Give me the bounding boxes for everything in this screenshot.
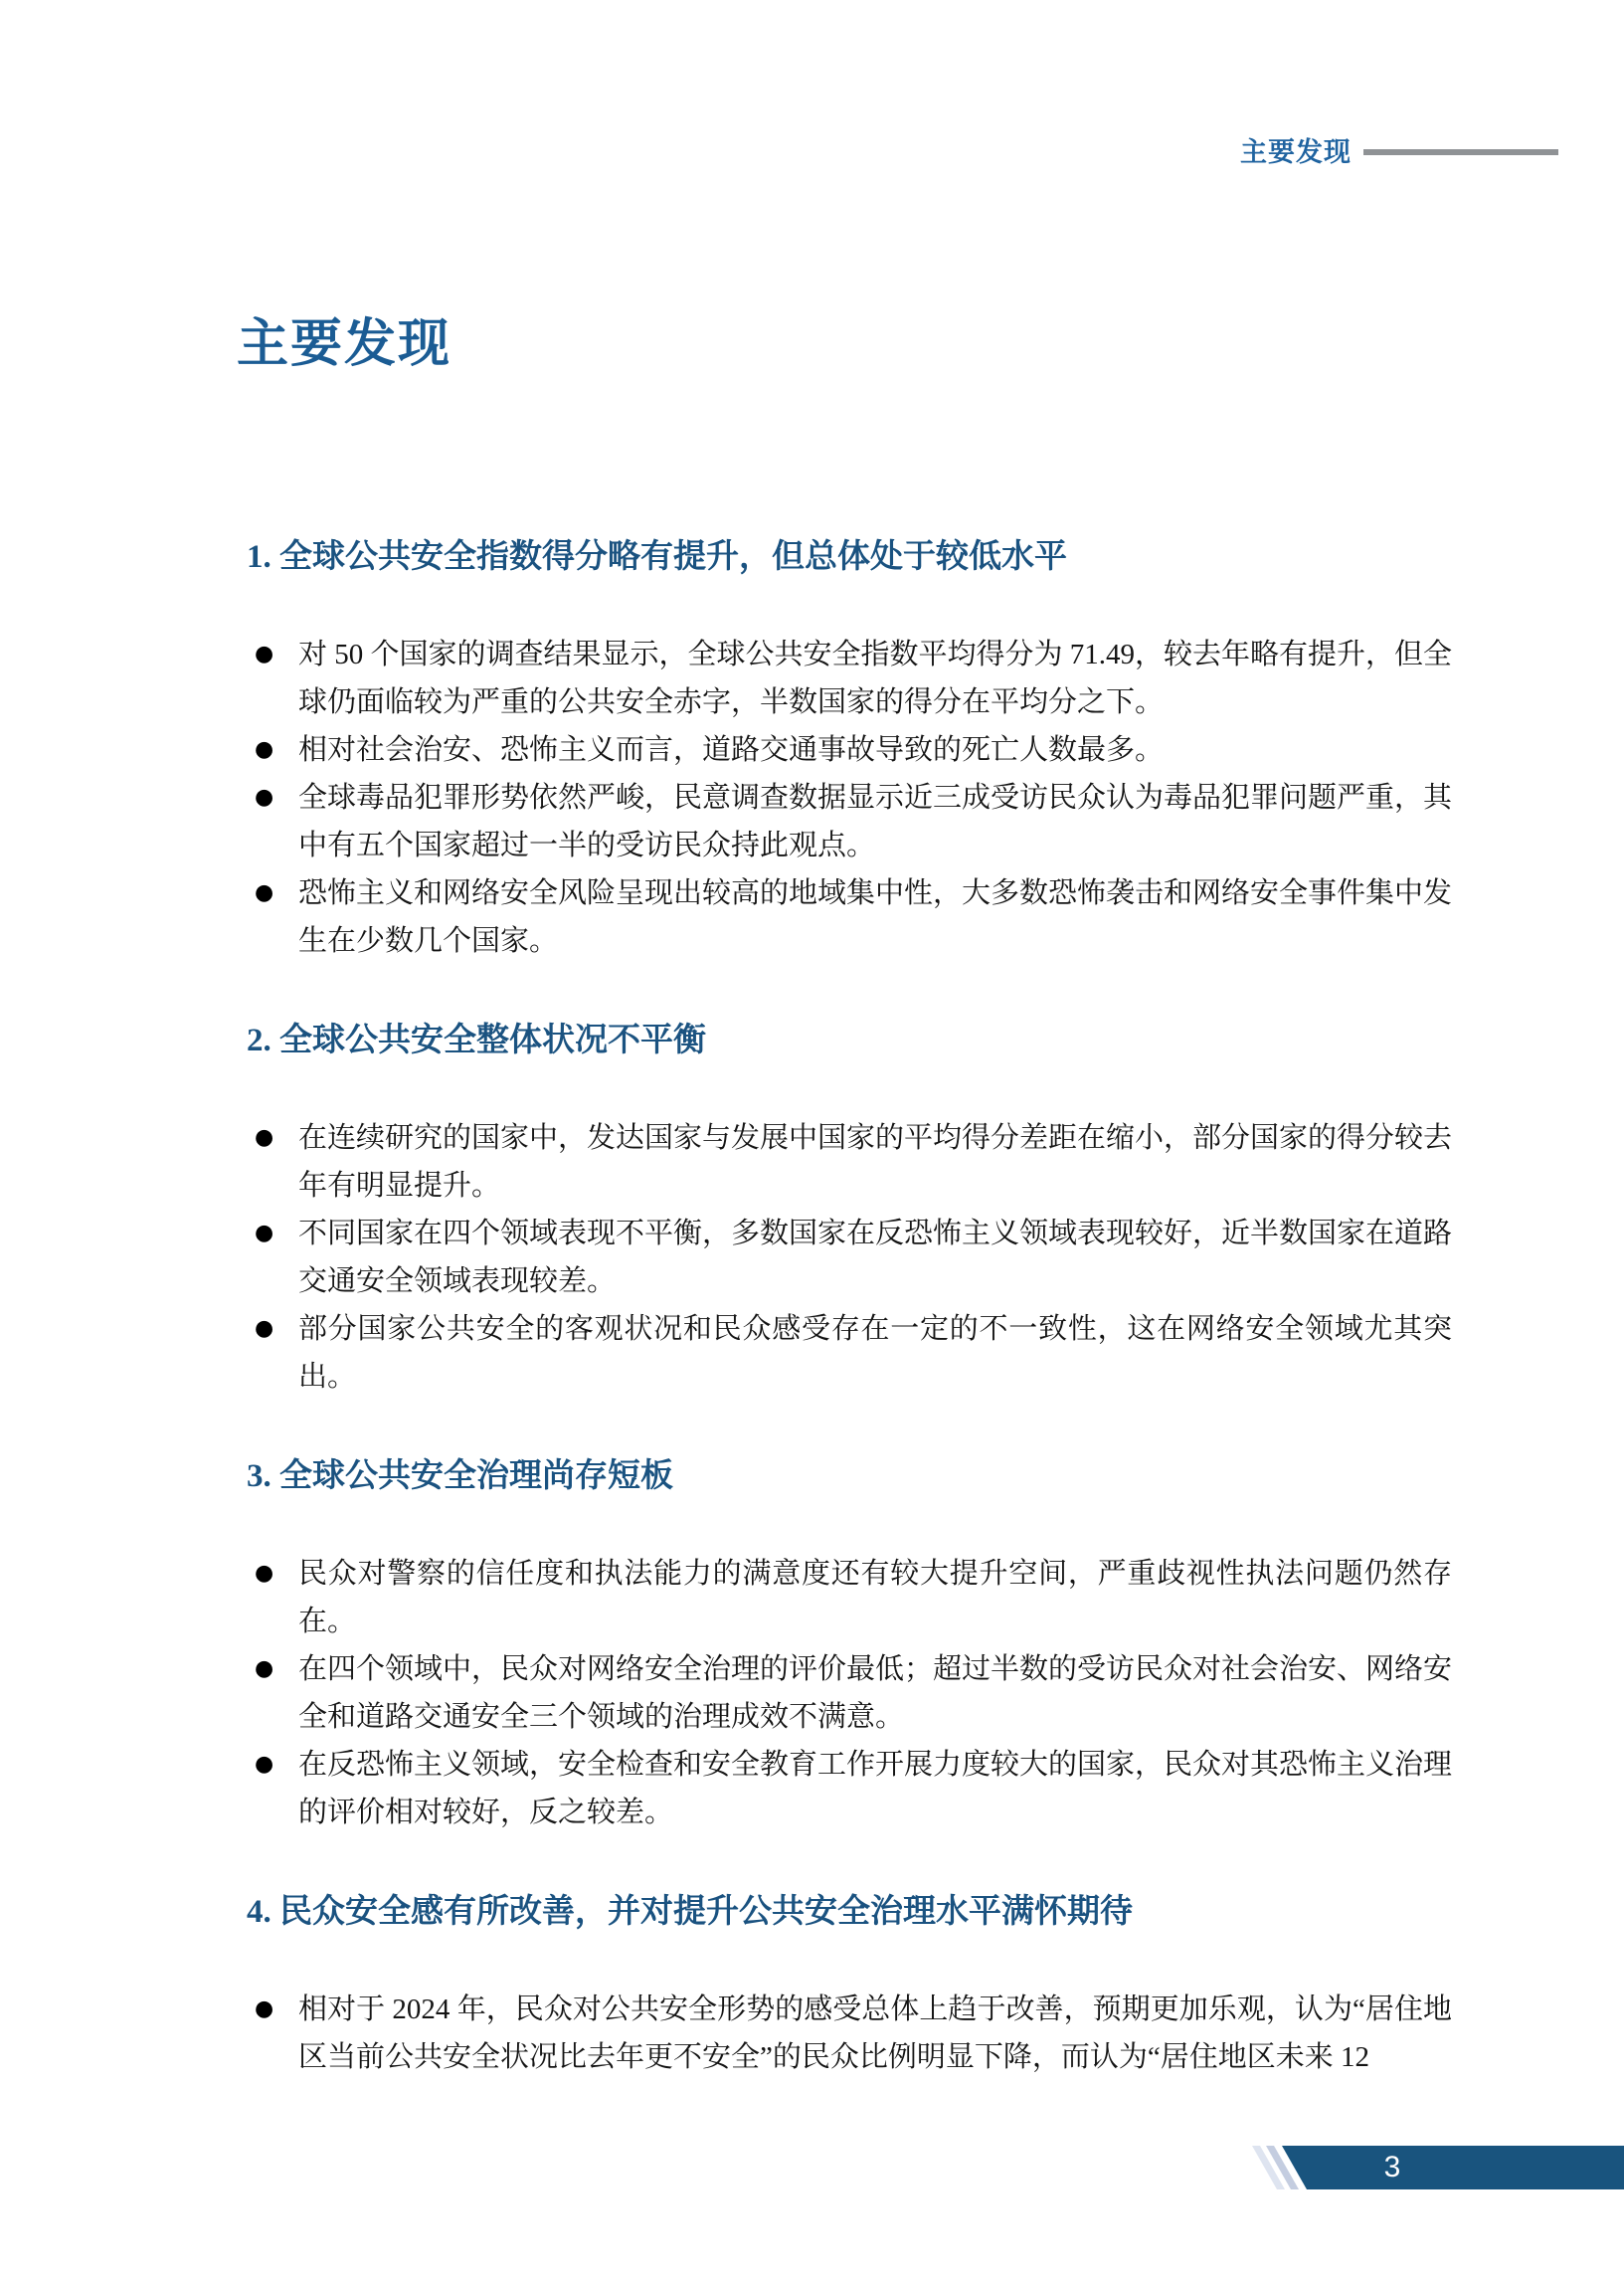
page-number: 3 xyxy=(1377,2146,1407,2189)
bullet-text: 全球毒品犯罪形势依然严峻，民意调查数据显示近三成受访民众认为毒品犯罪问题严重，其… xyxy=(298,782,1452,861)
page-title: 主要发现 xyxy=(237,314,1452,374)
bullet-icon: ● xyxy=(255,1114,273,1162)
bullet-item: ●恐怖主义和网络安全风险呈现出较高的地域集中性，大多数恐怖袭击和网络安全事件集中… xyxy=(247,869,1452,965)
section-2-bullet-list: ●在连续研究的国家中，发达国家与发展中国家的平均得分差距在缩小，部分国家的得分较… xyxy=(247,1114,1452,1401)
bullet-icon: ● xyxy=(255,726,273,774)
bullet-text: 在四个领域中，民众对网络安全治理的评价最低；超过半数的受访民众对社会治安、网络安… xyxy=(298,1653,1452,1733)
sections-container: 1. 全球公共安全指数得分略有提升，但总体处于较低水平●对 50 个国家的调查结… xyxy=(247,535,1452,2081)
bullet-text: 对 50 个国家的调查结果显示，全球公共安全指数平均得分为 71.49，较去年略… xyxy=(298,639,1452,718)
bullet-text: 相对社会治安、恐怖主义而言，道路交通事故导致的死亡人数最多。 xyxy=(298,734,1164,766)
bullet-icon: ● xyxy=(255,1210,273,1257)
bullet-item: ●相对于 2024 年，民众对公共安全形势的感受总体上趋于改善，预期更加乐观，认… xyxy=(247,1986,1452,2081)
bullet-text: 民众对警察的信任度和执法能力的满意度还有较大提升空间，严重歧视性执法问题仍然存在… xyxy=(298,1558,1452,1637)
bullet-icon: ● xyxy=(255,869,273,917)
bullet-item: ●不同国家在四个领域表现不平衡，多数国家在反恐怖主义领域表现较好，近半数国家在道… xyxy=(247,1210,1452,1305)
bullet-text: 在连续研究的国家中，发达国家与发展中国家的平均得分差距在缩小，部分国家的得分较去… xyxy=(298,1122,1452,1202)
bullet-item: ●全球毒品犯罪形势依然严峻，民意调查数据显示近三成受访民众认为毒品犯罪问题严重，… xyxy=(247,774,1452,869)
bullet-item: ●部分国家公共安全的客观状况和民众感受存在一定的不一致性，这在网络安全领域尤其突… xyxy=(247,1305,1452,1401)
content-column: 主要发现 1. 全球公共安全指数得分略有提升，但总体处于较低水平●对 50 个国… xyxy=(247,0,1452,2081)
bullet-item: ●相对社会治安、恐怖主义而言，道路交通事故导致的死亡人数最多。 xyxy=(247,726,1452,774)
section-heading-2: 2. 全球公共安全整体状况不平衡 xyxy=(247,1019,1452,1062)
bullet-item: ●在反恐怖主义领域，安全检查和安全教育工作开展力度较大的国家，民众对其恐怖主义治… xyxy=(247,1741,1452,1836)
page-footer: 3 xyxy=(1246,2146,1624,2189)
section-3-bullet-list: ●民众对警察的信任度和执法能力的满意度还有较大提升空间，严重歧视性执法问题仍然存… xyxy=(247,1550,1452,1836)
section-1-bullet-list: ●对 50 个国家的调查结果显示，全球公共安全指数平均得分为 71.49，较去年… xyxy=(247,631,1452,965)
section-heading-1: 1. 全球公共安全指数得分略有提升，但总体处于较低水平 xyxy=(247,535,1452,579)
section-heading-3: 3. 全球公共安全治理尚存短板 xyxy=(247,1454,1452,1498)
bullet-text: 不同国家在四个领域表现不平衡，多数国家在反恐怖主义领域表现较好，近半数国家在道路… xyxy=(298,1218,1452,1297)
bullet-icon: ● xyxy=(255,774,273,822)
bullet-item: ●在四个领域中，民众对网络安全治理的评价最低；超过半数的受访民众对社会治安、网络… xyxy=(247,1645,1452,1741)
footer-decoration xyxy=(1246,2146,1624,2189)
bullet-item: ●在连续研究的国家中，发达国家与发展中国家的平均得分差距在缩小，部分国家的得分较… xyxy=(247,1114,1452,1210)
bullet-text: 恐怖主义和网络安全风险呈现出较高的地域集中性，大多数恐怖袭击和网络安全事件集中发… xyxy=(298,877,1452,957)
bullet-item: ●民众对警察的信任度和执法能力的满意度还有较大提升空间，严重歧视性执法问题仍然存… xyxy=(247,1550,1452,1645)
bullet-item: ●对 50 个国家的调查结果显示，全球公共安全指数平均得分为 71.49，较去年… xyxy=(247,631,1452,726)
bullet-icon: ● xyxy=(255,1741,273,1789)
bullet-icon: ● xyxy=(255,1305,273,1353)
bullet-icon: ● xyxy=(255,631,273,678)
page-number-bar xyxy=(1282,2146,1624,2189)
section-4-bullet-list: ●相对于 2024 年，民众对公共安全形势的感受总体上趋于改善，预期更加乐观，认… xyxy=(247,1986,1452,2081)
bullet-text: 相对于 2024 年，民众对公共安全形势的感受总体上趋于改善，预期更加乐观，认为… xyxy=(298,1993,1452,2073)
bullet-icon: ● xyxy=(255,1645,273,1693)
bullet-text: 在反恐怖主义领域，安全检查和安全教育工作开展力度较大的国家，民众对其恐怖主义治理… xyxy=(298,1749,1452,1828)
bullet-icon: ● xyxy=(255,1550,273,1598)
report-page: 主要发现 主要发现 1. 全球公共安全指数得分略有提升，但总体处于较低水平●对 … xyxy=(0,0,1624,2278)
bullet-text: 部分国家公共安全的客观状况和民众感受存在一定的不一致性，这在网络安全领域尤其突出… xyxy=(298,1313,1452,1393)
section-heading-4: 4. 民众安全感有所改善，并对提升公共安全治理水平满怀期待 xyxy=(247,1890,1452,1934)
bullet-icon: ● xyxy=(255,1986,273,2033)
